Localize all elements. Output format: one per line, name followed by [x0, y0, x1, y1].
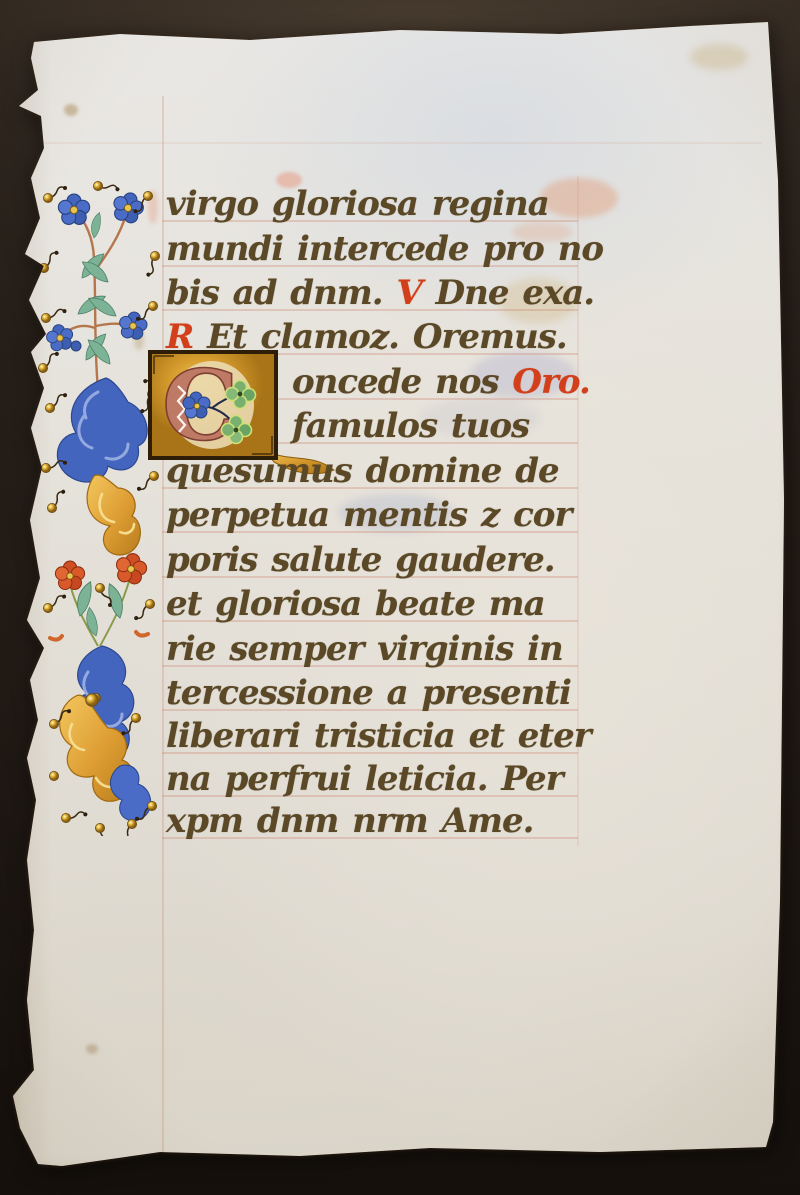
ink-segment: poris salute gaudere. [166, 540, 555, 580]
ruling-line [44, 142, 762, 144]
stain [64, 104, 78, 116]
ruling-line [162, 752, 578, 754]
ruling-line [162, 837, 578, 839]
red-smudge [276, 172, 302, 188]
illuminated-initial: C [148, 350, 348, 480]
text-line: xpm dnm nrm Ame. [166, 799, 533, 843]
ink-segment: Dne exa. [422, 273, 594, 313]
ink-showthrough [420, 398, 540, 438]
ink-segment: tercessione a presenti [166, 673, 571, 713]
ruling-line [162, 576, 578, 578]
text-line: perpetua mentis z cor [166, 493, 571, 537]
rubric-segment: Oro. [512, 362, 589, 402]
ink-segment: et gloriosa beate ma [166, 584, 545, 624]
text-line: et gloriosa beate ma [166, 582, 545, 626]
text-line: bis ad dnm. V Dne exa. [166, 271, 594, 315]
ink-segment: perpetua mentis z cor [166, 495, 571, 535]
stain [690, 44, 748, 70]
ink-segment: mundi intercede pro no [166, 229, 603, 269]
ruling-line [162, 487, 578, 489]
ink-segment: liberari tristicia et eter [166, 716, 591, 756]
ink-segment: bis ad dnm. [166, 273, 396, 313]
text-line: rie semper virginis in [166, 627, 563, 671]
ruling-line [162, 665, 578, 667]
ruling-line-vertical [162, 96, 164, 1162]
parchment-leaf: C [0, 0, 800, 1195]
ink-showthrough [512, 222, 572, 242]
text-line: virgo gloriosa regina [166, 182, 549, 226]
ruling-line [162, 220, 578, 222]
ruling-line [162, 531, 578, 533]
ruling-line [162, 709, 578, 711]
ink-segment: na perfrui leticia. Per [166, 759, 563, 799]
text-line: mundi intercede pro no [166, 227, 603, 271]
ink-showthrough [338, 494, 454, 532]
ink-showthrough [498, 278, 578, 324]
ruling-line [162, 309, 578, 311]
rubric-segment: V [396, 273, 421, 313]
text-line: liberari tristicia et eter [166, 714, 591, 758]
ruling-line [162, 620, 578, 622]
manuscript-photo: C [0, 0, 800, 1195]
ruling-line [162, 265, 578, 267]
ink-showthrough [470, 352, 576, 398]
stain [86, 1044, 98, 1054]
text-line: na perfrui leticia. Per [166, 757, 563, 801]
ink-showthrough [540, 178, 618, 218]
ink-segment: rie semper virginis in [166, 629, 563, 669]
ink-segment: virgo gloriosa regina [166, 184, 549, 224]
text-line: poris salute gaudere. [166, 538, 555, 582]
floral-border-illustration [36, 176, 162, 836]
ruling-line [162, 795, 578, 797]
ruling-line-vertical [577, 176, 579, 846]
ink-segment: xpm dnm nrm Ame. [166, 801, 533, 841]
text-line: tercessione a presenti [166, 671, 571, 715]
